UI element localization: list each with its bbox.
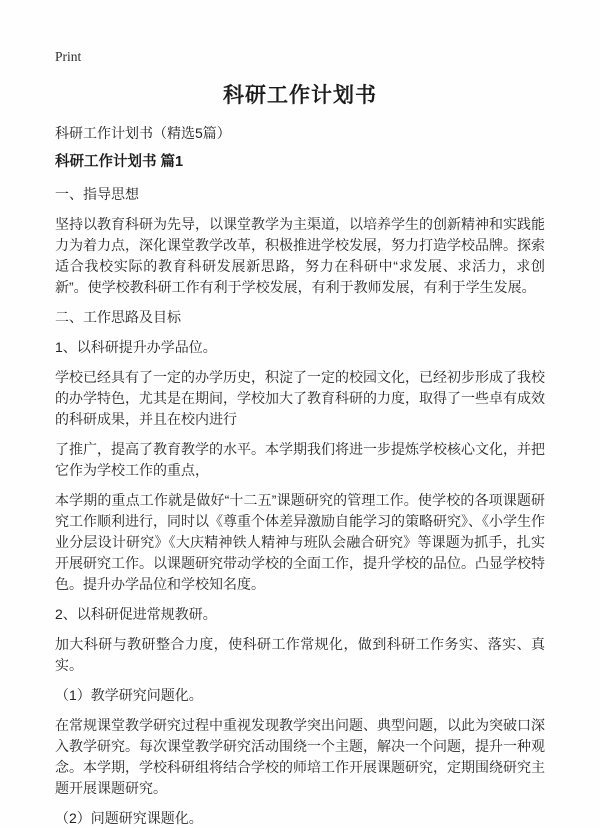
paragraph: 坚持以教育科研为先导，以课堂教学为主渠道，以培养学生的创新精神和实践能力为着力点… [55, 214, 545, 298]
document-title: 科研工作计划书 [55, 84, 545, 108]
paragraph: 了推广，提高了教育教学的水平。本学期我们将进一步提炼学校核心文化，并把它作为学校… [55, 439, 545, 481]
section-heading: 科研工作计划书 篇1 [55, 152, 545, 172]
paragraph: 1、以科研提升办学品位。 [55, 337, 545, 358]
content-heading-2: 二、工作思路及目标 [55, 307, 545, 328]
paragraph: 学校已经具有了一定的办学历史，积淀了一定的校园文化，已经初步形成了我校的办学特色… [55, 367, 545, 430]
document-subtitle: 科研工作计划书（精选5篇） [55, 123, 545, 143]
paragraph: （2）问题研究课题化。 [55, 808, 545, 828]
paragraph: 本学期的重点工作就是做好“十二五”课题研究的管理工作。使学校的各项课题研究工作顺… [55, 490, 545, 595]
print-link[interactable]: Print [55, 49, 81, 65]
paragraph: 2、以科研促进常规教研。 [55, 604, 545, 625]
paragraph: 在常规课堂教学研究过程中重视发现教学突出问题、典型问题，以此为突破口深入教学研究… [55, 715, 545, 799]
paragraph: （1）教学研究问题化。 [55, 685, 545, 706]
paragraph: 加大科研与教研整合力度，使科研工作常规化，做到科研工作务实、落实、真实。 [55, 634, 545, 676]
content-heading-1: 一、指导思想 [55, 184, 545, 205]
document-page: Print 科研工作计划书 科研工作计划书（精选5篇） 科研工作计划书 篇1 一… [0, 0, 600, 828]
